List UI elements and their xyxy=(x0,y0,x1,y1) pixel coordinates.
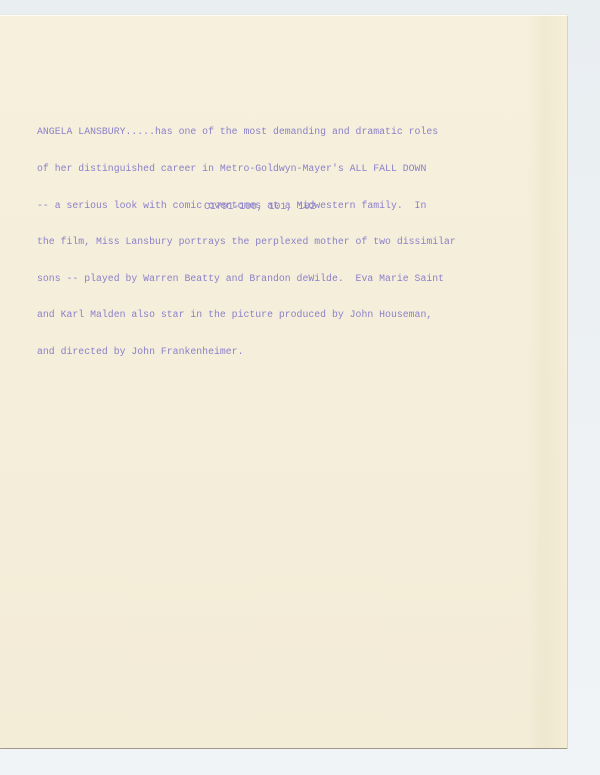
caption-line: of her distinguished career in Metro-Gol… xyxy=(37,163,557,175)
reference-number: C1791-100, 101, 102 xyxy=(204,201,316,213)
caption-text-block: ANGELA LANSBURY.....has one of the most … xyxy=(37,102,557,370)
caption-line: ANGELA LANSBURY.....has one of the most … xyxy=(37,126,557,138)
caption-line: the film, Miss Lansbury portrays the per… xyxy=(37,236,557,248)
caption-line: sons -- played by Warren Beatty and Bran… xyxy=(37,273,557,285)
caption-line: and Karl Malden also star in the picture… xyxy=(37,309,557,321)
caption-line: and directed by John Frankenheimer. xyxy=(37,346,557,358)
